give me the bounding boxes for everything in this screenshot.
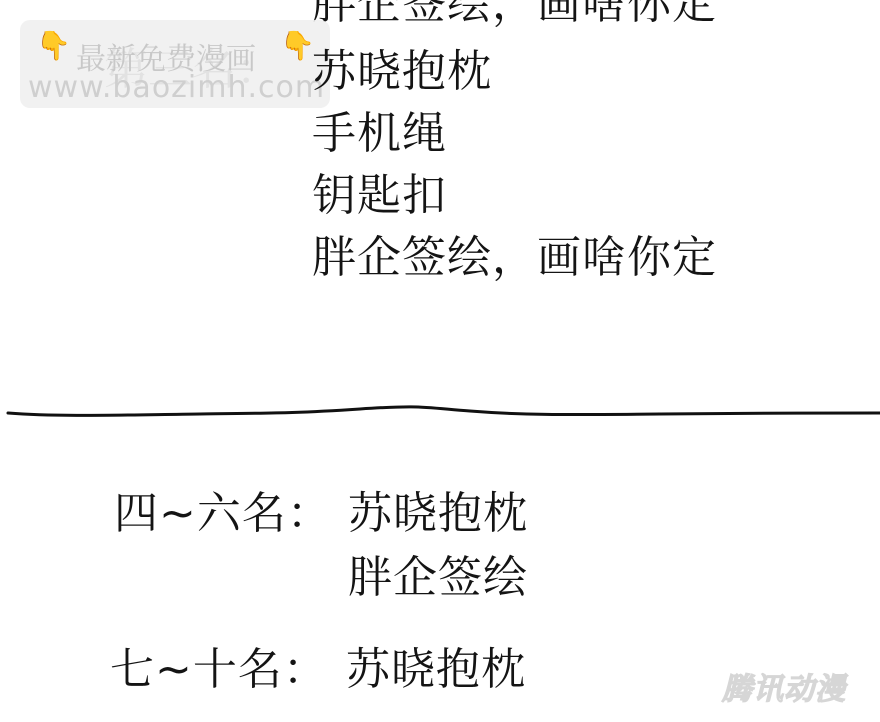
fourth-to-sixth-item: 胖企签绘 xyxy=(348,556,528,600)
site-watermark: 👇 最新免费漫画 👇 www.baozimh.com xyxy=(20,20,330,108)
watermark-url: www.baozimh.com xyxy=(28,70,325,105)
seventh-to-tenth-item: 苏晓抱枕 xyxy=(346,648,526,692)
fourth-to-sixth-label: 四~六名： xyxy=(114,492,332,536)
prize-item-cutoff: 胖企签绘，画啥你定 xyxy=(312,0,717,26)
third-place-item: 手机绳 xyxy=(312,112,447,156)
third-place-item: 钥匙扣 xyxy=(312,174,447,218)
section-divider xyxy=(0,395,880,435)
pointing-hand-icon: 👇 xyxy=(280,32,315,60)
third-place-item: 胖企签绘，画啥你定 xyxy=(312,236,717,280)
brand-watermark: 腾讯动漫 xyxy=(722,664,846,708)
seventh-to-tenth-label: 七~十名： xyxy=(110,648,328,692)
pointing-hand-icon: 👇 xyxy=(36,32,71,60)
fourth-to-sixth-item: 苏晓抱枕 xyxy=(348,492,528,536)
third-place-item: 苏晓抱枕 xyxy=(312,50,492,94)
